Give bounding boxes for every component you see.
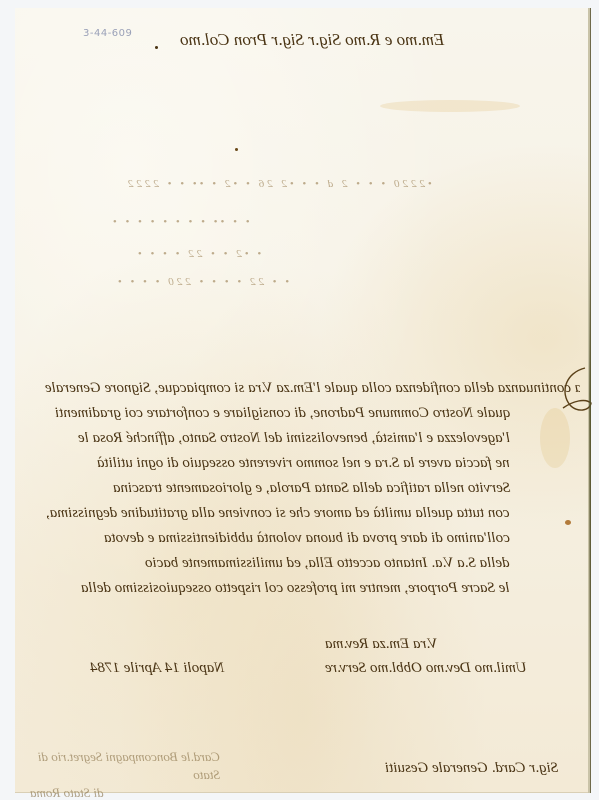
footer-addressee: Card.le Boncompagni Segret.rio di Stato … — [30, 748, 220, 800]
ink-spot — [155, 46, 158, 49]
ghost-row: • •2 • • 22 • • • • — [135, 248, 261, 260]
ink-spot — [235, 148, 238, 151]
header-salutation-text: Em.mo e R.mo Sig.r Sig.r Pron Col.mo — [180, 30, 444, 50]
body-line: Servito nella ratifica della Santa Parol… — [45, 476, 580, 501]
stain — [380, 100, 520, 112]
stain — [540, 408, 570, 468]
ghost-row: •2220 • • • 2 d • • •2 26 • •2 • •• • • … — [125, 178, 432, 190]
body-line: La continuanza della confidenza colla qu… — [45, 376, 580, 401]
ghost-row: • • •• • • • • • • • • — [110, 216, 250, 228]
ink-spot — [565, 520, 571, 525]
letter-sheet: 3-44-609 Em.mo e R.mo Sig.r Sig.r Pron C… — [15, 8, 590, 793]
footer-signature: Sig.r Card. Generale Gesuiti — [385, 760, 595, 777]
ghost-row: • • 22 • • • • 220 • • • • — [115, 276, 289, 288]
header-salutation: Em.mo e R.mo Sig.r Sig.r Pron Col.mo — [180, 30, 450, 50]
body-line: con tutta quella umiltà ed amore che si … — [45, 501, 580, 526]
body-line: quale Nostro Commune Padrone, di consigl… — [45, 401, 580, 426]
body-line: ne faccia avere la S.ra e nel sommo rive… — [45, 451, 580, 476]
body-line: coll'animo di dare prova di buona volont… — [45, 526, 580, 551]
body-line: l'agevolezza e l'amistà, benevolissimi d… — [45, 426, 580, 451]
body-line: le Sacre Porpore, mentre mi professo col… — [45, 576, 580, 601]
place-date: Napoli 14 Aprile 1784 — [90, 660, 224, 677]
letter-body: La continuanza della confidenza colla qu… — [45, 376, 580, 601]
body-line: della S.a V.a. Intanto accetto Ella, ed … — [45, 551, 580, 576]
archive-number: 3-44-609 — [83, 28, 132, 39]
closing-line-2: Umil.mo Dev.mo Obbl.mo Serv.re — [325, 660, 527, 677]
closing-line-1: V.ra Em.za Rev.ma — [325, 636, 437, 653]
